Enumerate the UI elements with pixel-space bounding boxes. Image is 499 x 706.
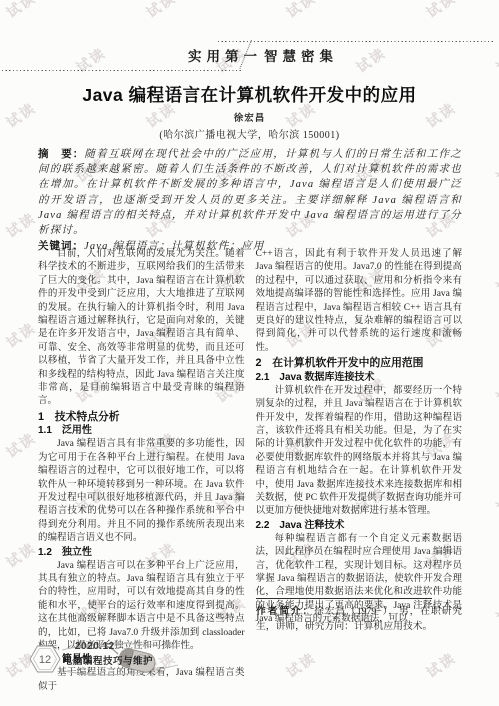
page-number: 12 [39, 654, 51, 666]
body-paragraph: 计算机软件在开发过程中，都要经历一个特别复杂的过程，并且 Java 编程语言在于… [256, 385, 463, 519]
masthead-slogan-left: 实用第一 [188, 45, 262, 65]
page-number-hexagon: 12 [30, 646, 60, 672]
document-page: 试读试读试读试读试读试读试读试读试读试读试读试读试读试读试读试读试读试读试读试读… [0, 0, 499, 706]
article-affiliation: (哈尔滨广播电视大学，哈尔滨 150001) [0, 126, 499, 141]
body-paragraph: Java 编程语言具有非常重要的多功能性，因为它可用于在各种平台上进行编程。在使… [38, 438, 245, 545]
abstract-paragraph: 摘 要：随着互联网在现代社会中的广泛应用，计算机与人们的日常生活和工作之间的联系… [38, 147, 462, 238]
masthead-dotted-rule-top [218, 41, 495, 43]
footnote-rule [256, 598, 432, 599]
abstract-label: 摘 要： [38, 148, 84, 160]
article-body: 目前，人们对互联网的发展尤为关注。随着科学技术的不断进步，互联网给我们的生活带来… [38, 248, 462, 640]
page-footer: 12 2020.12 电脑编程技巧与维护 [26, 638, 186, 688]
section-heading: 2.2 Java 注释技术 [256, 519, 463, 533]
masthead-slogan-right: 智慧密集 [264, 45, 338, 65]
journal-name: 电脑编程技巧与维护 [63, 653, 153, 667]
body-paragraph: 目前，人们对互联网的发展尤为关注。随着科学技术的不断进步，互联网给我们的生活带来… [38, 248, 245, 409]
section-heading: 1 技术特点分析 [38, 410, 245, 425]
section-heading: 1.1 泛用性 [38, 424, 245, 438]
body-paragraph: C++语言，因此有利于软件开发人员迅速了解 Java 编程语言的使用。Java7… [256, 248, 463, 355]
article-author: 徐宏昌 [0, 110, 499, 124]
left-column: 目前，人们对互联网的发展尤为关注。随着科学技术的不断进步，互联网给我们的生活带来… [38, 248, 245, 640]
abstract-block: 摘 要：随着互联网在现代社会中的广泛应用，计算机与人们的日常生活和工作之间的联系… [38, 147, 462, 254]
section-heading: 2 在计算机软件开发中的应用范围 [256, 356, 463, 371]
article-title: Java 编程语言在计算机软件开发中的应用 [0, 82, 499, 107]
section-heading: 2.1 Java 数据库连接技术 [256, 371, 463, 385]
abstract-text: 随着互联网在现代社会中的广泛应用，计算机与人们的日常生活和工作之间的联系越来越紧… [38, 149, 462, 236]
section-heading: 1.2 独立性 [38, 546, 245, 560]
author-bio-label: 作者简介： [256, 606, 314, 617]
masthead: 实用第一 智慧密集 [0, 30, 499, 76]
author-bio: 作者简介：徐宏昌（1979−），男，在职研究生，讲师，研究方向：计算机应用技术。 [256, 598, 462, 634]
issue-date: 2020.12 [75, 641, 115, 652]
page-content: 实用第一 智慧密集 Java 编程语言在计算机软件开发中的应用 徐宏昌 (哈尔滨… [0, 0, 499, 706]
masthead-dotted-rule-bottom [2, 70, 243, 72]
right-column: C++语言，因此有利于软件开发人员迅速了解 Java 编程语言的使用。Java7… [256, 248, 463, 640]
author-bio-line: 作者简介：徐宏昌（1979−），男，在职研究生，讲师，研究方向：计算机应用技术。 [256, 604, 462, 634]
